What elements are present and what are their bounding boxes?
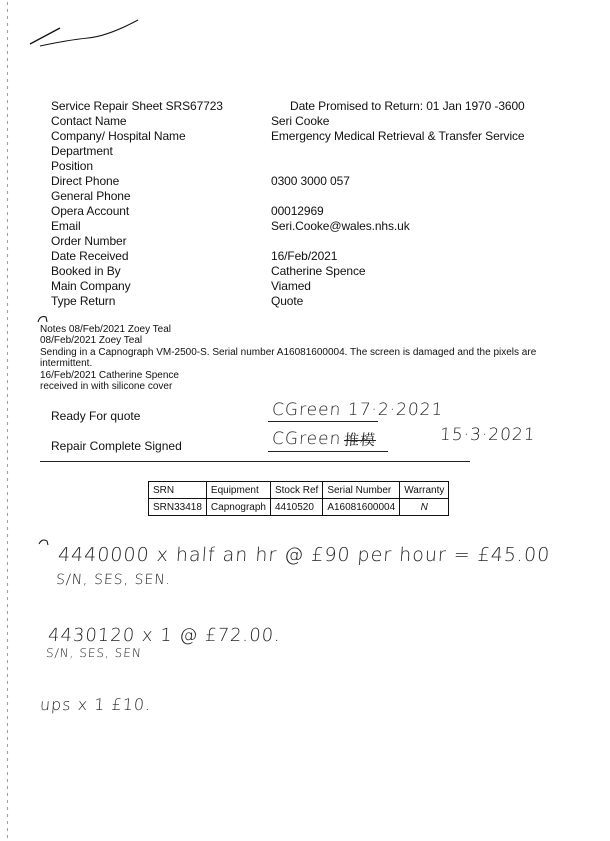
cell-equipment: Capnograph bbox=[206, 499, 270, 516]
field-label: Main Company bbox=[51, 279, 131, 294]
table-row: SRN33418 Capnograph 4410520 A16081600004… bbox=[149, 499, 449, 516]
equipment-table: SRN Equipment Stock Ref Serial Number Wa… bbox=[148, 481, 449, 516]
field-label: Date Received bbox=[51, 249, 128, 264]
field-value: Quote bbox=[271, 294, 303, 309]
repair-complete-label: Repair Complete Signed bbox=[51, 439, 182, 453]
ready-signature: CGreen 17·2·2021 bbox=[271, 400, 444, 420]
ready-for-quote-label: Ready For quote bbox=[51, 409, 140, 423]
cell-srn: SRN33418 bbox=[149, 499, 207, 516]
field-value: 00012969 bbox=[271, 204, 324, 219]
field-label: Opera Account bbox=[51, 204, 129, 219]
field-label: Direct Phone bbox=[51, 174, 119, 189]
notes-block: Notes 08/Feb/2021 Zoey Teal 08/Feb/2021 … bbox=[40, 324, 540, 392]
section-divider bbox=[40, 461, 470, 462]
handwritten-line-2-sub: S/N, SES, SEN bbox=[46, 646, 143, 660]
field-label: Company/ Hospital Name bbox=[51, 129, 186, 144]
note-line: Sending in a Capnograph VM-2500-S. Seria… bbox=[40, 347, 540, 370]
field-value: Emergency Medical Retrieval & Transfer S… bbox=[271, 129, 525, 144]
column-header: SRN bbox=[149, 482, 207, 499]
table-header-row: SRN Equipment Stock Ref Serial Number Wa… bbox=[149, 482, 449, 499]
field-value: Catherine Spence bbox=[271, 264, 365, 279]
handwritten-line-1: 4440000 x half an hr @ £90 per hour = £4… bbox=[57, 544, 551, 566]
cell-stock-ref: 4410520 bbox=[270, 499, 322, 516]
cell-warranty: N bbox=[400, 499, 449, 516]
field-value: Seri.Cooke@wales.nhs.uk bbox=[271, 219, 410, 234]
field-label: Email bbox=[51, 219, 81, 234]
struck-out-mark: 推模 bbox=[343, 429, 376, 450]
field-label: General Phone bbox=[51, 189, 130, 204]
note-line: 08/Feb/2021 Zoey Teal bbox=[40, 335, 540, 346]
field-value: Viamed bbox=[271, 279, 311, 294]
pen-scribble-mark bbox=[28, 14, 148, 50]
field-label: Department bbox=[51, 144, 113, 159]
field-label: Booked in By bbox=[51, 264, 121, 279]
pen-hook-mark bbox=[38, 538, 52, 548]
complete-signature: CGreen bbox=[271, 429, 342, 449]
note-line: 16/Feb/2021 Catherine Spence bbox=[40, 370, 540, 381]
handwritten-line-2: 4430120 x 1 @ £72.00. bbox=[47, 625, 281, 646]
scanned-page: Service Repair Sheet SRS67723 Date Promi… bbox=[0, 0, 610, 841]
signature-underline bbox=[268, 421, 378, 422]
date-promised: Date Promised to Return: 01 Jan 1970 -36… bbox=[290, 99, 525, 114]
field-value: Seri Cooke bbox=[271, 114, 329, 129]
note-line: received in with silicone cover bbox=[40, 381, 540, 392]
column-header: Stock Ref bbox=[270, 482, 322, 499]
field-label: Position bbox=[51, 159, 93, 174]
column-header: Equipment bbox=[206, 482, 270, 499]
cell-serial-number: A16081600004 bbox=[323, 499, 400, 516]
signature-underline bbox=[268, 451, 388, 452]
handwritten-line-3: ups x 1 £10. bbox=[39, 695, 152, 714]
field-label: Contact Name bbox=[51, 114, 127, 129]
complete-date: 15·3·2021 bbox=[439, 425, 536, 445]
column-header: Warranty bbox=[400, 482, 449, 499]
scan-edge-noise bbox=[6, 0, 9, 841]
field-value: 16/Feb/2021 bbox=[271, 249, 337, 264]
field-label: Type Return bbox=[51, 294, 115, 309]
field-label: Order Number bbox=[51, 234, 127, 249]
field-value: 0300 3000 057 bbox=[271, 174, 350, 189]
column-header: Serial Number bbox=[323, 482, 400, 499]
note-line: Notes 08/Feb/2021 Zoey Teal bbox=[40, 324, 540, 335]
handwritten-line-1-sub: S/N, SES, SEN. bbox=[55, 572, 171, 588]
sheet-title: Service Repair Sheet SRS67723 bbox=[51, 99, 223, 114]
